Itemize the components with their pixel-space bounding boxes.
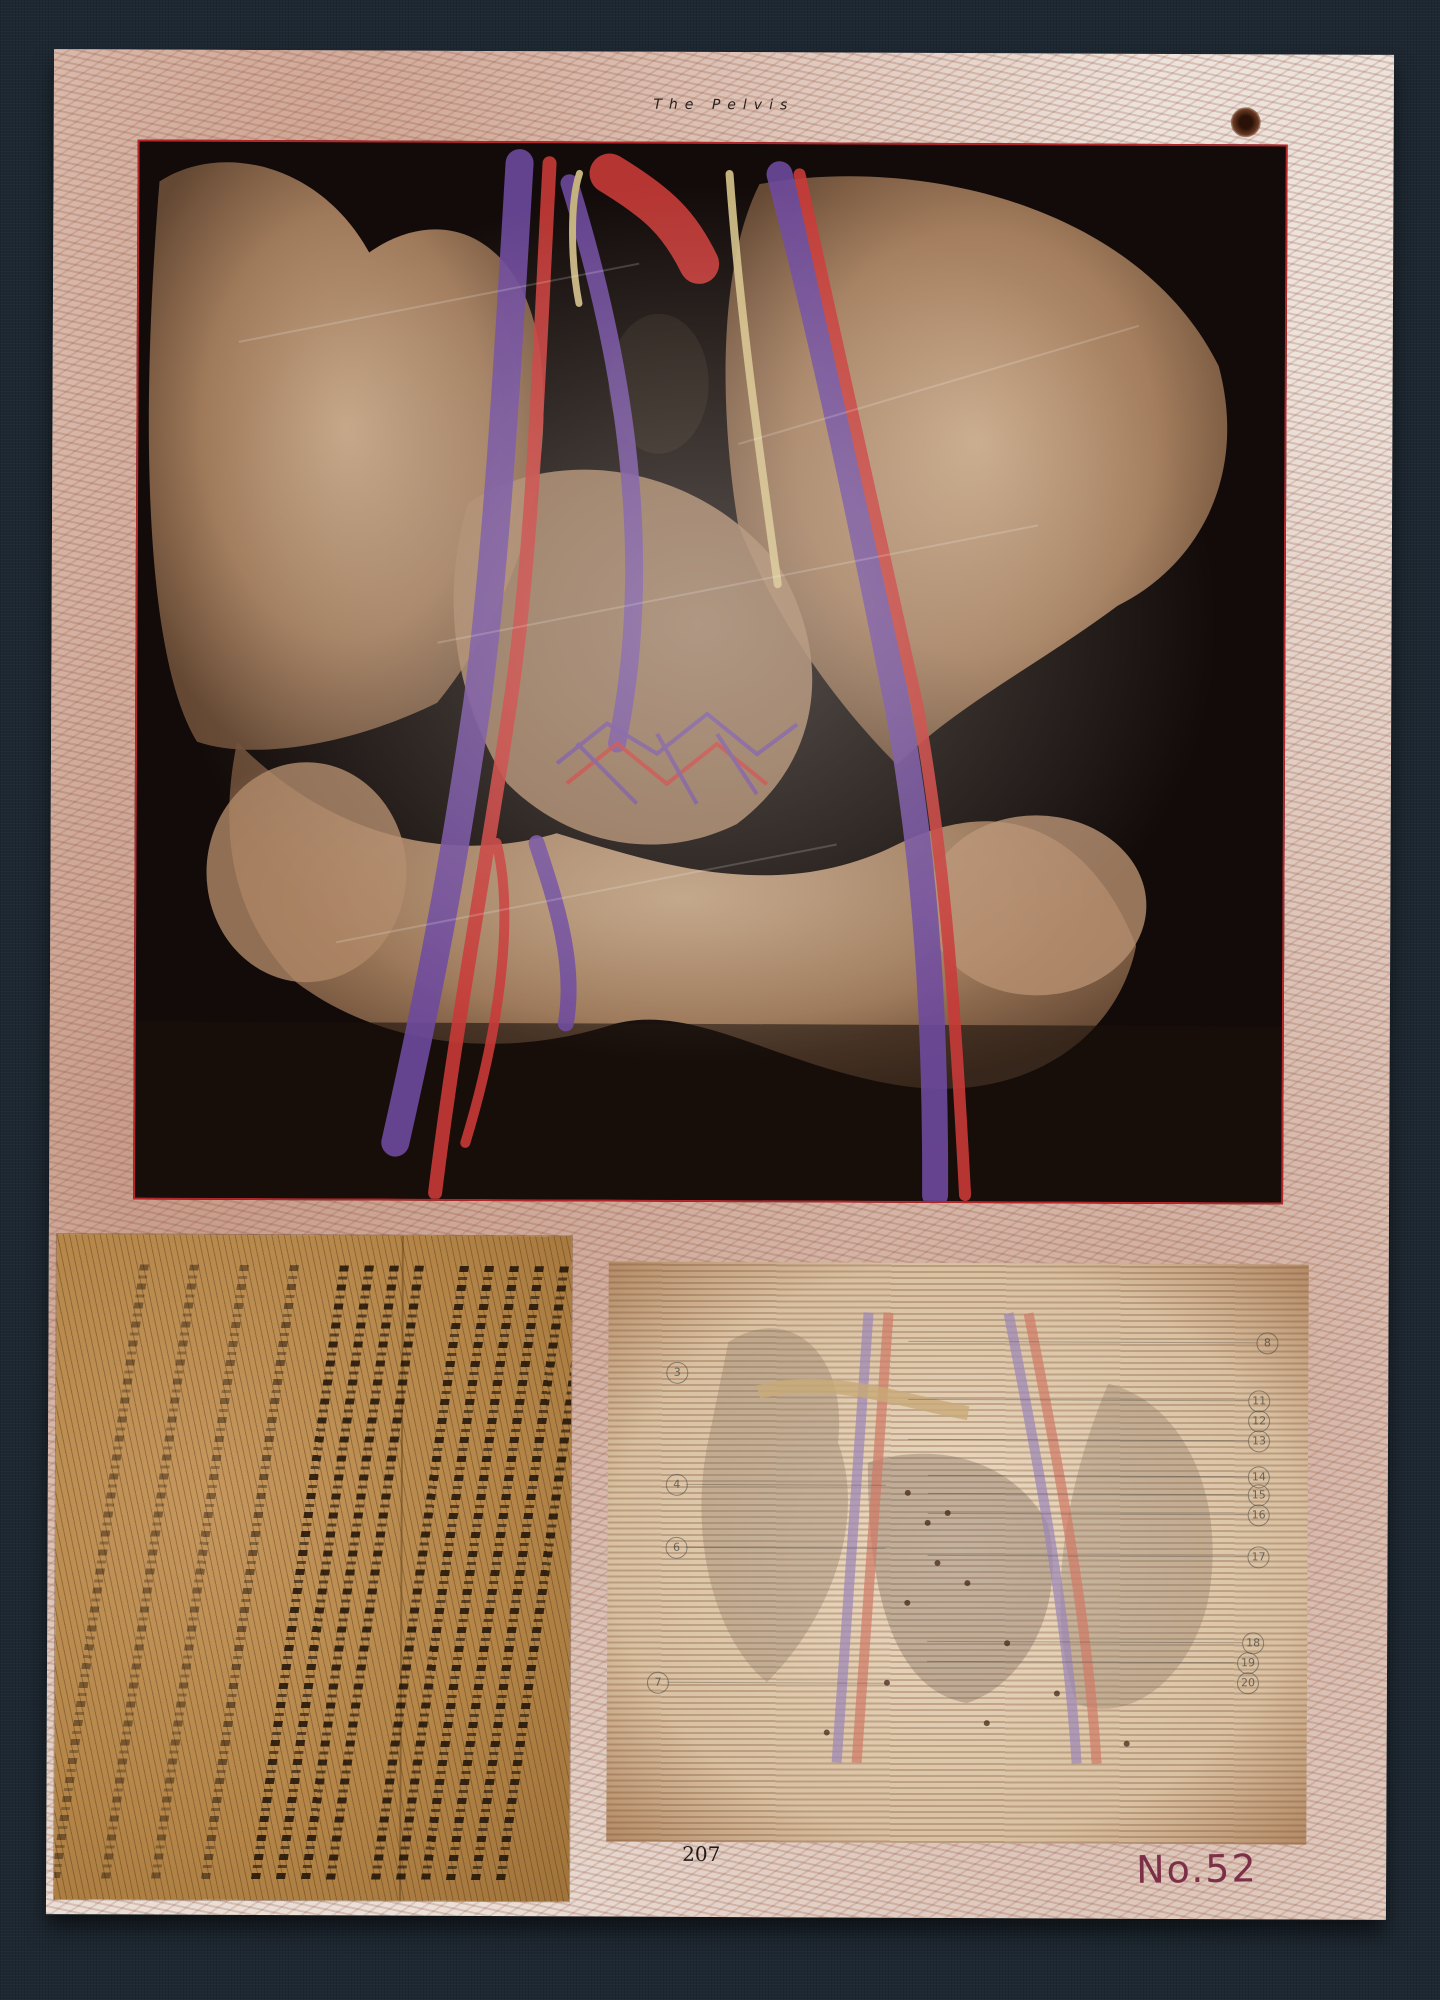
handwritten-manuscript-panel: [54, 1234, 572, 1901]
header-title: The Pelvis: [54, 94, 1394, 116]
script-line: [421, 1266, 519, 1881]
script-line: [446, 1266, 544, 1881]
handwritten-plate-number: No.52: [1136, 1846, 1258, 1892]
script-line: [276, 1265, 374, 1880]
collage-paper-sheet: The Pelvis: [46, 49, 1394, 1920]
callout-11: 11: [1248, 1390, 1270, 1412]
callout-4: 4: [666, 1474, 688, 1496]
script-line: [101, 1265, 199, 1880]
callout-19: 19: [1237, 1652, 1259, 1674]
callout-12: 12: [1248, 1410, 1270, 1432]
callout-8: 8: [1256, 1332, 1278, 1354]
script-line: [201, 1265, 299, 1880]
script-line: [151, 1265, 249, 1880]
pelvis-photo-plate: [133, 139, 1288, 1204]
pelvis-illustration: [135, 141, 1288, 1204]
page-number: 207: [682, 1842, 720, 1866]
script-line: [496, 1266, 572, 1881]
callout-3: 3: [666, 1362, 688, 1384]
callout-7: 7: [647, 1672, 669, 1694]
callout-16: 16: [1248, 1504, 1270, 1526]
callout-13: 13: [1248, 1430, 1270, 1452]
callout-20: 20: [1237, 1672, 1259, 1694]
script-line: [471, 1266, 569, 1881]
callout-18: 18: [1242, 1632, 1264, 1654]
faint-pelvis-diagram: [606, 1262, 1309, 1845]
manuscript-fold-line: [399, 1236, 404, 1901]
callout-6: 6: [665, 1537, 687, 1559]
callout-15: 15: [1248, 1484, 1270, 1506]
callout-17: 17: [1247, 1546, 1269, 1568]
script-line: [251, 1265, 349, 1880]
anatomical-diagram-panel: 8 11 12 13 14 15 16 17 18 19 20 3 4 6 7: [606, 1262, 1309, 1845]
script-line: [54, 1264, 149, 1879]
